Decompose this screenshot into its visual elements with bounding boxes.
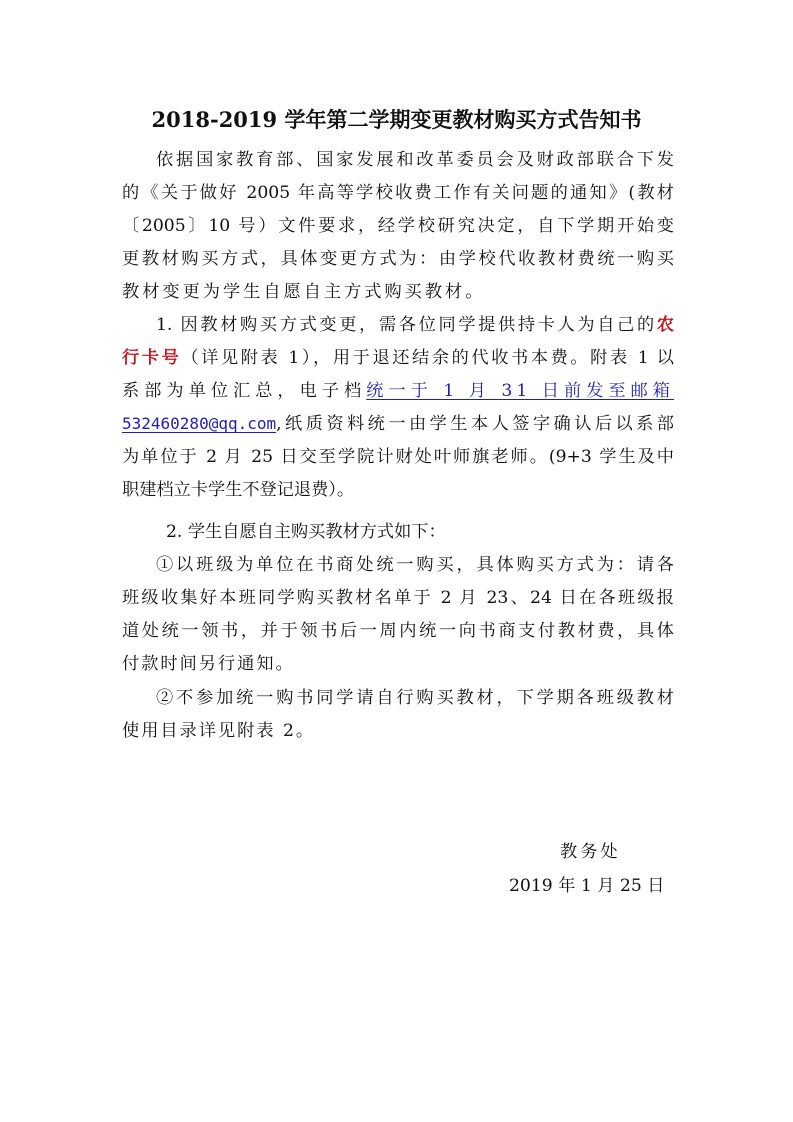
intro-line: 教材变更为学生自愿自主方式购买教材。 — [122, 280, 674, 304]
item1-line: 职建档立卡学生不登记退费）。 — [122, 478, 674, 502]
item2-sub1-line: ①以班级为单位在书商处统一购买，具体购买方式为：请各 — [156, 553, 674, 577]
item2-sub2-line: 使用目录详见附表 2。 — [122, 719, 674, 743]
deadline-link[interactable]: 统一于 1 月 31 日前发至邮箱 — [366, 381, 674, 401]
document-title: 2018-2019 学年第二学期变更教材购买方式告知书 — [0, 104, 793, 134]
item1-text: 1. 因教材购买方式变更，需各位同学提供持卡人为自己的 — [156, 315, 657, 335]
intro-line: 的《关于做好 2005 年高等学校收费工作有关问题的通知》(教材 — [122, 181, 674, 205]
document-page: 2018-2019 学年第二学期变更教材购买方式告知书 依据国家教育部、国家发展… — [0, 0, 793, 1122]
item1-line: 为单位于 2 月 25 日交至学院计财处叶师旗老师。(9+3 学生及中 — [122, 445, 674, 469]
intro-line: 〔2005〕10 号）文件要求，经学校研究决定，自下学期开始变 — [122, 214, 674, 238]
bank-card-highlight: 农 — [657, 315, 674, 335]
item1-line: 行卡号（详见附表 1），用于退还结余的代收书本费。附表 1 以 — [122, 346, 674, 370]
item2-sub1-line: 付款时间另行通知。 — [122, 652, 674, 676]
item1-line: 系部为单位汇总，电子档统一于 1 月 31 日前发至邮箱 — [122, 379, 674, 403]
bank-card-highlight: 行卡号 — [122, 348, 181, 368]
intro-line: 依据国家教育部、国家发展和改革委员会及财政部联合下发 — [156, 148, 674, 172]
issue-date: 2019 年 1 月 25 日 — [509, 874, 664, 898]
intro-line: 更教材购买方式，具体变更方式为：由学校代收教材费统一购买 — [122, 247, 674, 271]
item2-sub1-line: 班级收集好本班同学购买教材名单于 2 月 23、24 日在各班级报 — [122, 586, 674, 610]
item1-text: （详见附表 1），用于退还结余的代收书本费。附表 1 以 — [181, 348, 674, 368]
item1-text: 系部为单位汇总，电子档 — [122, 381, 366, 401]
item2-sub2-line: ②不参加统一购书同学请自行购买教材，下学期各班级教材 — [156, 686, 674, 710]
item1-text: ,纸质资料统一由学生本人签字确认后以系部 — [276, 414, 674, 434]
item2-sub1-line: 道处统一领书，并于领书后一周内统一向书商支付教材费，具体 — [122, 619, 674, 643]
email-link[interactable]: 532460280@qq.com — [122, 414, 276, 433]
issuing-office: 教务处 — [560, 840, 621, 864]
item1-line: 1. 因教材购买方式变更，需各位同学提供持卡人为自己的农 — [156, 313, 674, 337]
item1-line: 532460280@qq.com,纸质资料统一由学生本人签字确认后以系部 — [122, 412, 674, 436]
item2-heading: 2. 学生自愿自主购买教材方式如下： — [166, 520, 446, 544]
